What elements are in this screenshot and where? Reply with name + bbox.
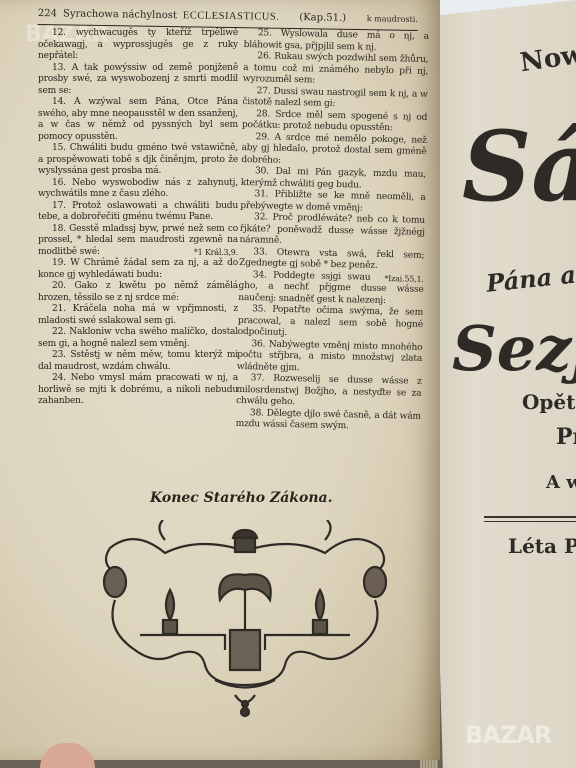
verse-number: 23	[52, 350, 63, 360]
verse-text: Wyslowala duse má o nj, a bláhowit gsa, …	[244, 29, 429, 53]
verse-number: 18	[52, 224, 63, 234]
title-rule	[484, 516, 576, 522]
verse-number: 16	[52, 178, 63, 188]
verse: 33. Otewra vsta swá, řekl sem; Zgednegte…	[239, 246, 424, 273]
page-number: 224	[38, 8, 57, 19]
verse: 22. Nakloniw vcha swého malíčko, dostal …	[38, 327, 238, 350]
verse-text: Dělegte djlo swé časně, a dát wám mzdu w…	[236, 408, 421, 431]
woodcut-ornament-icon	[95, 520, 395, 720]
verse: 35. Popatřte očima swýma, že sem pracowa…	[237, 304, 423, 342]
verse: 27. Dussi swau nastrogil sem k nj, a w č…	[242, 85, 427, 112]
verse-number: 26	[257, 51, 268, 61]
verse: 15. Chwáliti budu gméno twé vstawičně, a…	[38, 143, 238, 178]
book-title: ECCLESIASTICUS.	[183, 10, 280, 23]
verse-text: Protož oslawowati a chwáliti budu tebe, …	[38, 201, 238, 223]
title-line-8: Léta Pán	[508, 534, 576, 558]
right-column: 25. Wyslowala duse má o nj, a bláhowit g…	[236, 28, 429, 434]
verse-number: 22	[52, 327, 63, 337]
verse-text: A tak powýssiw od země ponjženě prosby s…	[38, 63, 238, 96]
verse-text: A srdce mé nemělo pokoge, než aby gj hle…	[241, 132, 427, 165]
verse: 16. Nebo wyswobodiw nás z zahynutj, wych…	[38, 178, 238, 201]
verse: 14. A wzýwal sem Pána, Otce Pána swého, …	[38, 97, 238, 143]
title-line-2: Sá	[462, 110, 576, 223]
verse-text: Proč prodléwáte? neb co k tomu řjkáte? p…	[239, 213, 425, 246]
book-spread: BAZAR 224 Syrachowa náchylnost ECCLESIAS…	[0, 0, 576, 768]
verse-text: Dussi swau nastrogil sem k nj, a w čisto…	[242, 86, 427, 109]
verse: 12. wychwacugěs ty kteříž trpěliwě očeka…	[38, 28, 238, 63]
verse-number: 14	[52, 97, 63, 107]
verse: 17. Protož oslawowati a chwáliti budu te…	[38, 201, 238, 224]
running-title: Syrachowa náchylnost	[63, 8, 177, 21]
title-line-5: Opět s	[522, 390, 576, 414]
verse-text: W Chrámě žádal sem za nj, a až do konce …	[38, 258, 238, 280]
verse-number: 36	[251, 339, 262, 349]
verse-number: 33	[253, 247, 264, 257]
watermark-logo: BAZAR	[465, 721, 551, 749]
title-line-4: Sezjss	[452, 312, 576, 385]
verse: 19. W Chrámě žádal sem za nj, a až do ko…	[38, 258, 238, 281]
verse-number: 12	[52, 28, 63, 38]
verse-text: Kráčela noha má w vpřjmnosti, z mladosti…	[38, 304, 238, 326]
verse-number: 31	[254, 189, 265, 199]
chapter-label: (Kap.51.)	[299, 12, 346, 24]
verse-number: 15	[52, 143, 63, 153]
verse-text: Nabýwegte vměnj misto mnohého počtu střj…	[237, 339, 423, 373]
verse-text: Nebo vmysl mám pracowati w nj, a horliwě…	[38, 373, 238, 406]
verse-number: 24	[52, 373, 63, 383]
verse-text: Nebo wyswobodiw nás z zahynutj, wychwáti…	[38, 178, 238, 200]
verse-text: wychwacugěs ty kteříž trpěliwě očekawagj…	[38, 28, 238, 61]
verse-number: 19	[52, 258, 63, 268]
verse-number: 27	[257, 86, 268, 96]
verse: 28. Srdce měl sem spogené s nj od počátk…	[242, 108, 427, 135]
verse-text: Srdce měl sem spogené s nj od počátku: p…	[242, 109, 427, 133]
header-right-label: k maudrosti.	[367, 14, 418, 24]
verse-text: Gako z kwětu po němž zámělá hrozen, těss…	[38, 281, 238, 303]
verse: 23. Sstěstj w něm měw, tomu kterýž mi da…	[38, 350, 238, 373]
verse-number: 30	[255, 166, 266, 176]
verse: 37. Rozweselij se dusse wásse z milosrde…	[236, 373, 422, 411]
verse-number: 20	[52, 281, 63, 291]
cross-reference-note: *1 Král.3,9.	[180, 247, 238, 259]
verse-text: Nakloniw vcha swého malíčko, dostal sem …	[38, 327, 238, 349]
title-line-6: Př	[556, 424, 576, 450]
verse: 29. A srdce mé nemělo pokoge, než aby gj…	[241, 131, 427, 169]
verse-text: Přibližte se ke mně neoměli, a přebýwegt…	[240, 190, 425, 213]
verse: 32. Proč prodléwáte? neb co k tomu řjkát…	[239, 212, 425, 250]
verse-text: Otewra vsta swá, řekl sem; Zgednegte gj …	[239, 247, 424, 271]
verse: 26. Rukau swých pozdwihl sem žhůru, a to…	[243, 51, 429, 89]
verse-text: Rukau swých pozdwihl sem žhůru, a tomu c…	[243, 52, 429, 86]
verse: 21. Kráčela noha má w vpřjmnosti, z mlad…	[38, 304, 238, 327]
verse-text: Popatřte očima swýma, že sem pracowal, a…	[238, 305, 424, 338]
verse: 24. Nebo vmysl mám pracowati w nj, a hor…	[38, 373, 238, 408]
verse-number: 37	[251, 373, 262, 383]
title-line-7: A w	[546, 472, 576, 493]
verse: 18. Gesstě mladssj byw, prwé než sem co …	[38, 224, 238, 259]
verse-number: 21	[52, 304, 63, 314]
verse-number: 28	[256, 109, 267, 119]
verse-number: 32	[254, 212, 265, 222]
verse-text: Chwáliti budu gméno twé vstawičně, a pro…	[38, 143, 238, 176]
verse-number: 34	[253, 270, 264, 280]
verse: 20. Gako z kwětu po němž zámělá hrozen, …	[38, 281, 238, 304]
left-column: 12. wychwacugěs ty kteříž trpěliwě očeka…	[38, 28, 238, 408]
verse-number: 25	[258, 28, 269, 38]
verse-number: 17	[52, 201, 63, 211]
verse-text: A wzýwal sem Pána, Otce Pána swého, aby …	[38, 97, 238, 142]
verse-number: 13	[52, 63, 63, 73]
verse-text: Rozweselij se dusse wásse z milosrdenstw…	[236, 374, 422, 407]
verse-text: Dal mi Pán gazyk, mzdu mau, kterýmž chwá…	[241, 167, 426, 190]
verse-number: 35	[252, 304, 263, 314]
verse-number: 38	[250, 408, 261, 418]
verse: 36. Nabýwegte vměnj misto mnohého počtu …	[237, 338, 423, 376]
verse: 38. Dělegte djlo swé časně, a dát wám mz…	[236, 407, 421, 434]
verse-number: 29	[256, 132, 267, 142]
verse-text: Sstěstj w něm měw, tomu kterýž mi dal ma…	[38, 350, 238, 372]
end-heading: Konec Starého Zákona.	[150, 490, 332, 506]
verse: 13. A tak powýssiw od země ponjženě pros…	[38, 63, 238, 98]
